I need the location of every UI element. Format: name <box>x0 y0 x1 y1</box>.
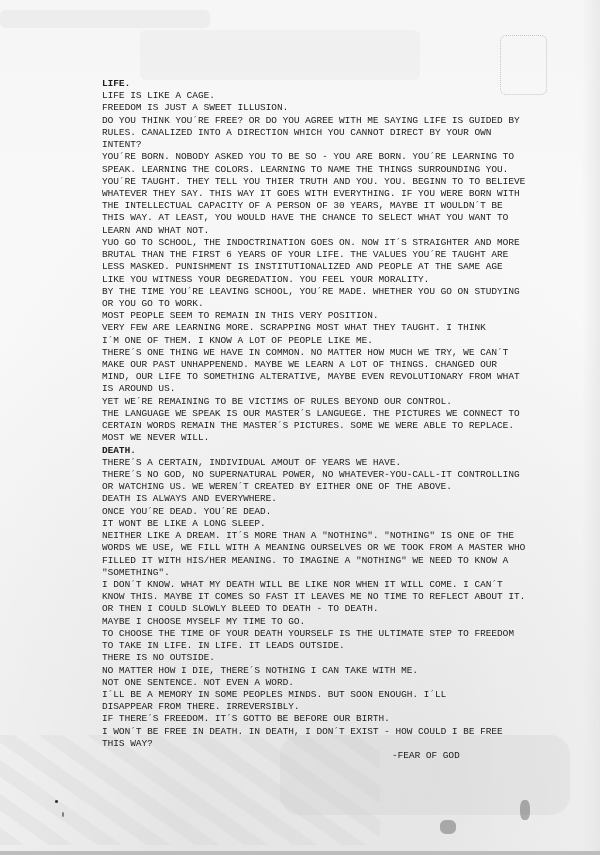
text-line: RULES. CANALIZED INTO A DIRECTION WHICH … <box>102 127 582 139</box>
text-line: MAYBE I CHOOSE MYSELF MY TIME TO GO. <box>102 616 582 628</box>
section-heading: LIFE. <box>102 78 582 90</box>
text-line: OR YOU GO TO WORK. <box>102 298 582 310</box>
text-line: THERE´S ONE THING WE HAVE IN COMMON. NO … <box>102 347 582 359</box>
text-line: MOST PEOPLE SEEM TO REMAIN IN THIS VERY … <box>102 310 582 322</box>
text-line: YUO GO TO SCHOOL, THE INDOCTRINATION GOE… <box>102 237 582 249</box>
toner-smudge <box>520 800 530 820</box>
text-line: FREEDOM IS JUST A SWEET ILLUSION. <box>102 102 582 114</box>
text-line: DO YOU THINK YOU´RE FREE? OR DO YOU AGRE… <box>102 115 582 127</box>
text-line: VERY FEW ARE LEARNING MORE. SCRAPPING MO… <box>102 322 582 334</box>
text-line: CERTAIN WORDS REMAIN THE MASTER´S PICTUR… <box>102 420 582 432</box>
text-line: I DON´T KNOW. WHAT MY DEATH WILL BE LIKE… <box>102 579 582 591</box>
text-line: TO CHOOSE THE TIME OF YOUR DEATH YOURSEL… <box>102 628 582 640</box>
text-line: LIKE YOU WITNESS YOUR DEGREDATION. YOU F… <box>102 274 582 286</box>
text-line: ONCE YOU´RE DEAD. YOU´RE DEAD. <box>102 506 582 518</box>
text-line: THE INTELLECTUAL CAPACITY OF A PERSON OF… <box>102 200 582 212</box>
text-line: DEATH IS ALWAYS AND EVERYWHERE. <box>102 493 582 505</box>
text-line: WHATEVER THEY SAY. THIS WAY IT GOES WITH… <box>102 188 582 200</box>
text-line: I´LL BE A MEMORY IN SOME PEOPLES MINDS. … <box>102 689 582 701</box>
page-edge-shadow <box>582 0 600 855</box>
signature: -FEAR OF GOD <box>102 750 582 762</box>
text-line: THERE´S NO GOD, NO SUPERNATURAL POWER, N… <box>102 469 582 481</box>
text-line: KNOW THIS. MAYBE IT COMES SO FAST IT LEA… <box>102 591 582 603</box>
show-through-title <box>140 30 420 80</box>
toner-speck <box>62 812 64 817</box>
text-line: YOU´RE BORN. NOBODY ASKED YOU TO BE SO -… <box>102 151 582 163</box>
text-line: YET WE´RE REMAINING TO BE VICTIMS OF RUL… <box>102 396 582 408</box>
text-line: INTENT? <box>102 139 582 151</box>
text-line: LIFE IS LIKE A CAGE. <box>102 90 582 102</box>
scanned-page: LIFE.LIFE IS LIKE A CAGE.FREEDOM IS JUST… <box>0 0 600 855</box>
text-line: LEARN AND WHAT NOT. <box>102 225 582 237</box>
text-line: IT WONT BE LIKE A LONG SLEEP. <box>102 518 582 530</box>
show-through-band <box>0 10 210 28</box>
text-line: NOT ONE SENTENCE. NOT EVEN A WORD. <box>102 677 582 689</box>
text-line: BY THE TIME YOU´RE LEAVING SCHOOL, YOU´R… <box>102 286 582 298</box>
text-line: FILLED IT WITH HIS/HER MEANING. TO IMAGI… <box>102 555 582 567</box>
text-line: OR THEN I COULD SLOWLY BLEED TO DEATH - … <box>102 603 582 615</box>
text-line: THIS WAY. AT LEAST, YOU WOULD HAVE THE C… <box>102 212 582 224</box>
text-line: IF THERE´S FREEDOM. IT´S GOTTO BE BEFORE… <box>102 713 582 725</box>
text-line: THERE´S A CERTAIN, INDIVIDUAL AMOUT OF Y… <box>102 457 582 469</box>
text-line: MOST WE NEVER WILL. <box>102 432 582 444</box>
text-line: IS AROUND US. <box>102 383 582 395</box>
text-line: "SOMETHING". <box>102 567 582 579</box>
text-line: NO MATTER HOW I DIE, THERE´S NOTHING I C… <box>102 665 582 677</box>
toner-speck <box>55 800 58 803</box>
text-line: DISAPPEAR FROM THERE. IRREVERSIBLY. <box>102 701 582 713</box>
text-line: YOU´RE TAUGHT. THEY TELL YOU THIER TRUTH… <box>102 176 582 188</box>
text-line: OR WATCHING US. WE WEREN´T CREATED BY EI… <box>102 481 582 493</box>
page-bottom-edge <box>0 851 600 855</box>
text-line: SPEAK. LEARNING THE COLORS. LEARNING TO … <box>102 164 582 176</box>
text-line: BRUTAL THAN THE FIRST 6 YEARS OF YOUR LI… <box>102 249 582 261</box>
document-body: LIFE.LIFE IS LIKE A CAGE.FREEDOM IS JUST… <box>102 78 582 762</box>
text-line: LESS MASKED. PUNISHMENT IS INSTITUTIONAL… <box>102 261 582 273</box>
section-heading: DEATH. <box>102 445 582 457</box>
text-line: TO TAKE IN LIFE. IN LIFE. IT LEADS OUTSI… <box>102 640 582 652</box>
text-line: I WON´T BE FREE IN DEATH. IN DEATH, I DO… <box>102 726 582 738</box>
text-line: THE LANGUAGE WE SPEAK IS OUR MASTER´S LA… <box>102 408 582 420</box>
text-line: NEITHER LIKE A DREAM. IT´S MORE THAN A "… <box>102 530 582 542</box>
text-line: THIS WAY? <box>102 738 582 750</box>
text-line: MIND, OUR LIFE TO SOMETHING ALTERATIVE, … <box>102 371 582 383</box>
text-line: WORDS WE USE, WE FILL WITH A MEANING OUR… <box>102 542 582 554</box>
text-line: I´M ONE OF THEM. I KNOW A LOT OF PEOPLE … <box>102 335 582 347</box>
text-line: MAKE OUR PAST UNHAPPENEND. MAYBE WE LEAR… <box>102 359 582 371</box>
text-line: THERE IS NO OUTSIDE. <box>102 652 582 664</box>
toner-smudge <box>440 820 456 834</box>
